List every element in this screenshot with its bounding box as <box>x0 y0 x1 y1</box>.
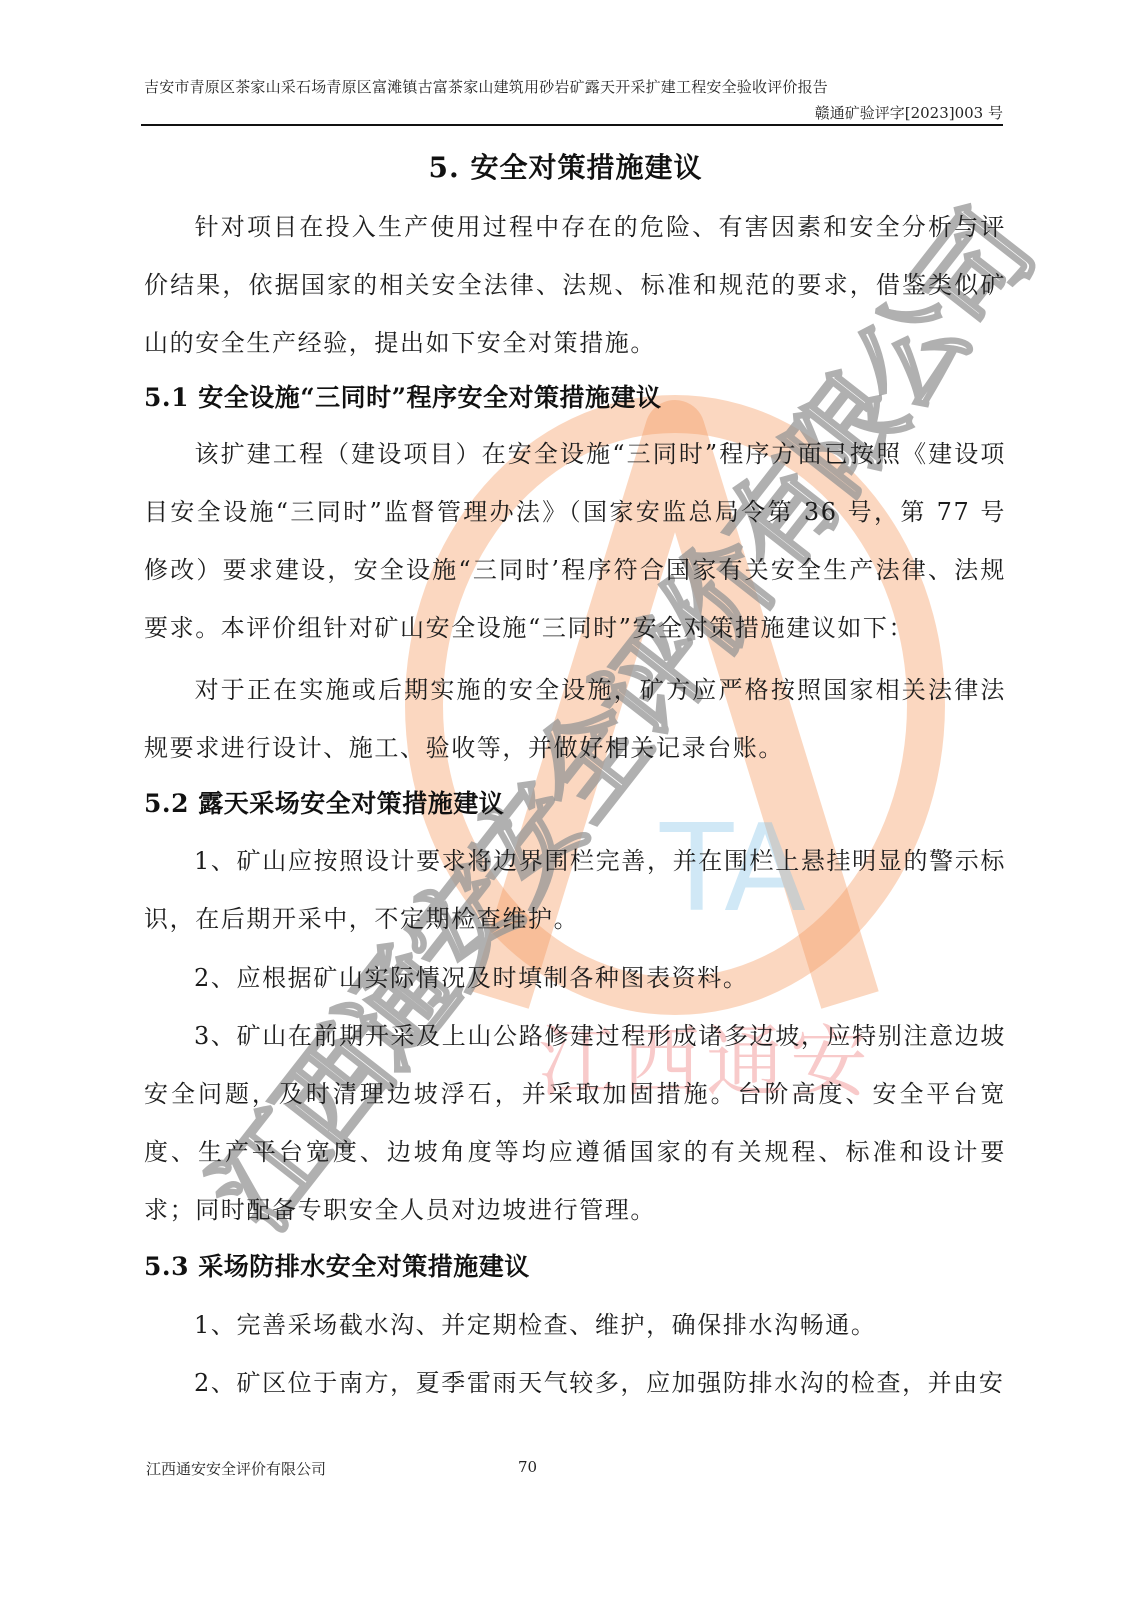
page-number: 70 <box>518 1458 537 1476</box>
section-5-3-item-2: 2、矿区位于南方，夏季雷雨天气较多，应加强防排水沟的检查，并由安 <box>144 1354 1006 1412</box>
chapter-title: 5. 安全对策措施建议 <box>0 146 1131 186</box>
section-5-2-item-2: 2、应根据矿山实际情况及时填制各种图表资料。 <box>144 949 1006 1007</box>
header-divider <box>141 124 1003 126</box>
paragraph-text: 1、矿山应按照设计要求将边界围栏完善，并在围栏上悬挂明显的警示标识，在后期开采中… <box>144 847 1006 933</box>
paragraph-text: 1、完善采场截水沟、并定期检查、维护，确保排水沟畅通。 <box>194 1311 876 1339</box>
document-page: TA 江西通安 江西通安安全评价有限公司 吉安市青原区茶家山采石场青原区富滩镇古… <box>0 0 1131 1600</box>
section-heading-5-2: 5.2 露天采场安全对策措施建议 <box>144 784 504 820</box>
paragraph-text: 2、矿区位于南方，夏季雷雨天气较多，应加强防排水沟的检查，并由安 <box>194 1369 1004 1397</box>
chapter-intro: 针对项目在投入生产使用过程中存在的危险、有害因素和安全分析与评价结果，依据国家的… <box>144 198 1006 372</box>
report-title: 吉安市青原区茶家山采石场青原区富滩镇古富茶家山建筑用砂岩矿露天开采扩建工程安全验… <box>144 76 1004 97</box>
section-5-2-item-1: 1、矿山应按照设计要求将边界围栏完善，并在围栏上悬挂明显的警示标识，在后期开采中… <box>144 832 1006 948</box>
report-code: 赣通矿验评字[2023]003 号 <box>815 102 1003 123</box>
paragraph-text: 该扩建工程（建设项目）在安全设施“三同时”程序方面已按照《建设项目安全设施“三同… <box>144 440 1006 642</box>
section-5-2-item-3: 3、矿山在前期开采及上山公路修建过程形成诸多边坡，应特别注意边坡安全问题，及时清… <box>144 1007 1006 1239</box>
paragraph-text: 2、应根据矿山实际情况及时填制各种图表资料。 <box>194 964 748 992</box>
section-5-3-item-1: 1、完善采场截水沟、并定期检查、维护，确保排水沟畅通。 <box>144 1296 1006 1354</box>
chapter-intro-text: 针对项目在投入生产使用过程中存在的危险、有害因素和安全分析与评价结果，依据国家的… <box>144 213 1006 357</box>
paragraph-text: 对于正在实施或后期实施的安全设施，矿方应严格按照国家相关法律法规要求进行设计、施… <box>144 676 1006 762</box>
section-heading-5-3: 5.3 采场防排水安全对策措施建议 <box>144 1247 530 1283</box>
section-5-1-paragraph-1: 该扩建工程（建设项目）在安全设施“三同时”程序方面已按照《建设项目安全设施“三同… <box>144 425 1006 657</box>
section-heading-5-1: 5.1 安全设施“三同时”程序安全对策措施建议 <box>144 378 661 414</box>
section-5-1-paragraph-2: 对于正在实施或后期实施的安全设施，矿方应严格按照国家相关法律法规要求进行设计、施… <box>144 661 1006 777</box>
paragraph-text: 3、矿山在前期开采及上山公路修建过程形成诸多边坡，应特别注意边坡安全问题，及时清… <box>144 1022 1006 1224</box>
footer-company: 江西通安安全评价有限公司 <box>146 1458 326 1479</box>
